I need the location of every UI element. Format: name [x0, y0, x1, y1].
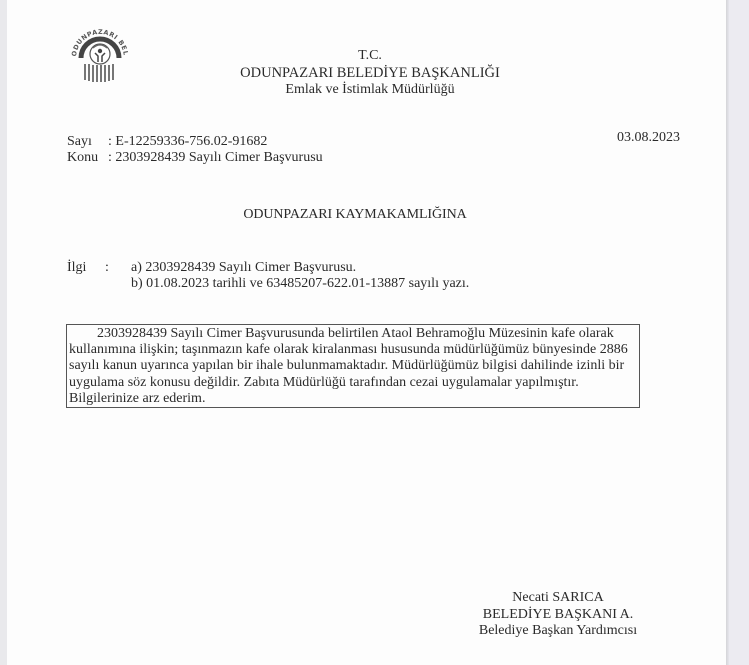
signature-block: Necati SARICA BELEDİYE BAŞKANI A. Beledi…	[473, 590, 643, 640]
body-text-box: 2303928439 Sayılı Cimer Başvurusunda bel…	[66, 324, 640, 408]
header-country: T.C.	[0, 48, 740, 64]
viewer-left-margin	[0, 0, 7, 665]
ilgi-item-b: b) 01.08.2023 tarihli ve 63485207-622.01…	[131, 276, 469, 292]
konu-label: Konu	[67, 150, 98, 166]
recipient-heading: ODUNPAZARI KAYMAKAMLIĞINA	[0, 207, 710, 223]
signatory-name: Necati SARICA	[473, 590, 643, 607]
ilgi-separator: :	[105, 260, 109, 276]
sayi-value: : E-12259336-756.02-91682	[108, 134, 267, 150]
body-line: kullanımına ilişkin; taşınmazın kafe ola…	[69, 342, 639, 358]
body-line: 2303928439 Sayılı Cimer Başvurusunda bel…	[69, 326, 639, 342]
header-organization: ODUNPAZARI BELEDİYE BAŞKANLIĞI	[0, 65, 740, 81]
body-line: sayılı kanun uyarınca yapılan bir ihale …	[69, 358, 639, 374]
body-line: Bilgilerinize arz ederim.	[69, 391, 639, 407]
header-department: Emlak ve İstimlak Müdürlüğü	[0, 82, 740, 98]
signatory-role: Belediye Başkan Yardımcısı	[473, 623, 643, 640]
ilgi-item-a: a) 2303928439 Sayılı Cimer Başvurusu.	[131, 260, 356, 276]
body-line: uygulama söz konusu değildir. Zabıta Müd…	[69, 375, 639, 391]
konu-value: : 2303928439 Sayılı Cimer Başvurusu	[108, 150, 323, 166]
signatory-title: BELEDİYE BAŞKANI A.	[473, 607, 643, 624]
ilgi-label: İlgi	[67, 260, 86, 276]
document-date: 03.08.2023	[617, 130, 680, 146]
sayi-label: Sayı	[67, 134, 92, 150]
page-edge-shadow	[726, 0, 729, 665]
